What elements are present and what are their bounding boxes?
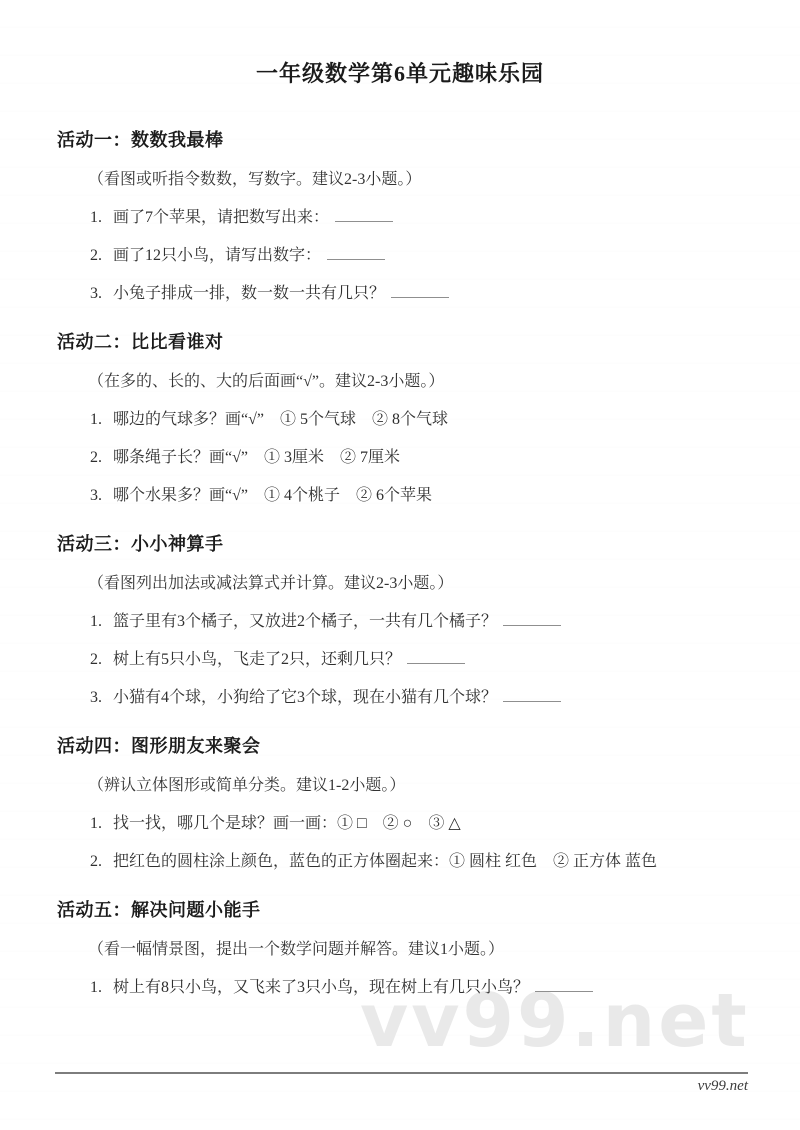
answer-blank (535, 976, 593, 992)
item-text: 哪个水果多？画“√” ① 4个桃子 ② 6个苹果 (113, 487, 432, 504)
section-description: （看图或听指令数数，写数字。建议2-3小题。） (88, 168, 800, 192)
item-number: 1. (90, 206, 113, 230)
item-number: 2. (90, 446, 113, 470)
activity-section: 活动二：比比看谁对 （在多的、长的、大的后面画“√”。建议2-3小题。） 1.哪… (0, 330, 800, 508)
footer-site-text: vv99.net (698, 1078, 748, 1095)
answer-blank (503, 610, 561, 626)
footer-divider (55, 1072, 748, 1074)
item-text: 哪边的气球多？画“√” ① 5个气球 ② 8个气球 (113, 411, 448, 428)
activity-section: 活动五：解决问题小能手 （看一幅情景图，提出一个数学问题并解答。建议1小题。） … (0, 898, 800, 1000)
item-text: 找一找，哪几个是球？画一画：① □ ② ○ ③ △ (113, 815, 461, 832)
item-number: 2. (90, 648, 113, 672)
item-text: 哪条绳子长？画“√” ① 3厘米 ② 7厘米 (113, 449, 400, 466)
section-description: （看一幅情景图，提出一个数学问题并解答。建议1小题。） (88, 938, 800, 962)
list-item: 1.画了7个苹果，请把数写出来： (90, 206, 800, 230)
item-text: 篮子里有3个橘子，又放进2个橘子，一共有几个橘子？ (113, 613, 497, 630)
item-number: 2. (90, 244, 113, 268)
page-title: 一年级数学第6单元趣味乐园 (0, 58, 800, 90)
section-heading: 活动四：图形朋友来聚会 (57, 734, 800, 758)
answer-blank (391, 282, 449, 298)
item-text: 画了7个苹果，请把数写出来： (113, 209, 329, 226)
section-list: 活动一：数数我最棒 （看图或听指令数数，写数字。建议2-3小题。） 1.画了7个… (0, 128, 800, 1000)
item-text: 画了12只小鸟，请写出数字： (113, 247, 321, 264)
item-list: 1.树上有8只小鸟，又飞来了3只小鸟，现在树上有几只小鸟？ (0, 976, 800, 1000)
item-text: 把红色的圆柱涂上颜色，蓝色的正方体圈起来：① 圆柱 红色 ② 正方体 蓝色 (113, 853, 657, 870)
section-description: （辨认立体图形或简单分类。建议1-2小题。） (88, 774, 800, 798)
item-number: 3. (90, 282, 113, 306)
list-item: 2.把红色的圆柱涂上颜色，蓝色的正方体圈起来：① 圆柱 红色 ② 正方体 蓝色 (90, 850, 800, 874)
list-item: 1.找一找，哪几个是球？画一画：① □ ② ○ ③ △ (90, 812, 800, 836)
item-text: 小猫有4个球，小狗给了它3个球，现在小猫有几个球？ (113, 689, 497, 706)
list-item: 2.画了12只小鸟，请写出数字： (90, 244, 800, 268)
answer-blank (335, 206, 393, 222)
list-item: 3.小兔子排成一排，数一数一共有几只？ (90, 282, 800, 306)
section-description: （看图列出加法或减法算式并计算。建议2-3小题。） (88, 572, 800, 596)
item-number: 2. (90, 850, 113, 874)
list-item: 3.小猫有4个球，小狗给了它3个球，现在小猫有几个球？ (90, 686, 800, 710)
list-item: 1.哪边的气球多？画“√” ① 5个气球 ② 8个气球 (90, 408, 800, 432)
item-list: 1.画了7个苹果，请把数写出来： 2.画了12只小鸟，请写出数字： 3.小兔子排… (0, 206, 800, 306)
answer-blank (503, 686, 561, 702)
section-heading: 活动五：解决问题小能手 (57, 898, 800, 922)
item-number: 1. (90, 610, 113, 634)
section-description: （在多的、长的、大的后面画“√”。建议2-3小题。） (88, 370, 800, 394)
item-list: 1.找一找，哪几个是球？画一画：① □ ② ○ ③ △ 2.把红色的圆柱涂上颜色… (0, 812, 800, 874)
item-number: 1. (90, 408, 113, 432)
item-number: 1. (90, 812, 113, 836)
activity-section: 活动一：数数我最棒 （看图或听指令数数，写数字。建议2-3小题。） 1.画了7个… (0, 128, 800, 306)
section-heading: 活动三：小小神算手 (57, 532, 800, 556)
activity-section: 活动三：小小神算手 （看图列出加法或减法算式并计算。建议2-3小题。） 1.篮子… (0, 532, 800, 710)
activity-section: 活动四：图形朋友来聚会 （辨认立体图形或简单分类。建议1-2小题。） 1.找一找… (0, 734, 800, 874)
item-number: 1. (90, 976, 113, 1000)
worksheet-content: 一年级数学第6单元趣味乐园 活动一：数数我最棒 （看图或听指令数数，写数字。建议… (0, 58, 800, 1000)
section-heading: 活动一：数数我最棒 (57, 128, 800, 152)
answer-blank (327, 244, 385, 260)
item-list: 1.哪边的气球多？画“√” ① 5个气球 ② 8个气球 2.哪条绳子长？画“√”… (0, 408, 800, 508)
section-heading: 活动二：比比看谁对 (57, 330, 800, 354)
list-item: 1.树上有8只小鸟，又飞来了3只小鸟，现在树上有几只小鸟？ (90, 976, 800, 1000)
item-number: 3. (90, 686, 113, 710)
item-text: 树上有5只小鸟，飞走了2只，还剩几只？ (113, 651, 401, 668)
answer-blank (407, 648, 465, 664)
list-item: 3.哪个水果多？画“√” ① 4个桃子 ② 6个苹果 (90, 484, 800, 508)
list-item: 2.哪条绳子长？画“√” ① 3厘米 ② 7厘米 (90, 446, 800, 470)
list-item: 2.树上有5只小鸟，飞走了2只，还剩几只？ (90, 648, 800, 672)
worksheet-page: 一年级数学第6单元趣味乐园 活动一：数数我最棒 （看图或听指令数数，写数字。建议… (0, 0, 800, 1130)
item-text: 树上有8只小鸟，又飞来了3只小鸟，现在树上有几只小鸟？ (113, 979, 529, 996)
item-text: 小兔子排成一排，数一数一共有几只？ (113, 285, 385, 302)
item-number: 3. (90, 484, 113, 508)
list-item: 1.篮子里有3个橘子，又放进2个橘子，一共有几个橘子？ (90, 610, 800, 634)
item-list: 1.篮子里有3个橘子，又放进2个橘子，一共有几个橘子？ 2.树上有5只小鸟，飞走… (0, 610, 800, 710)
